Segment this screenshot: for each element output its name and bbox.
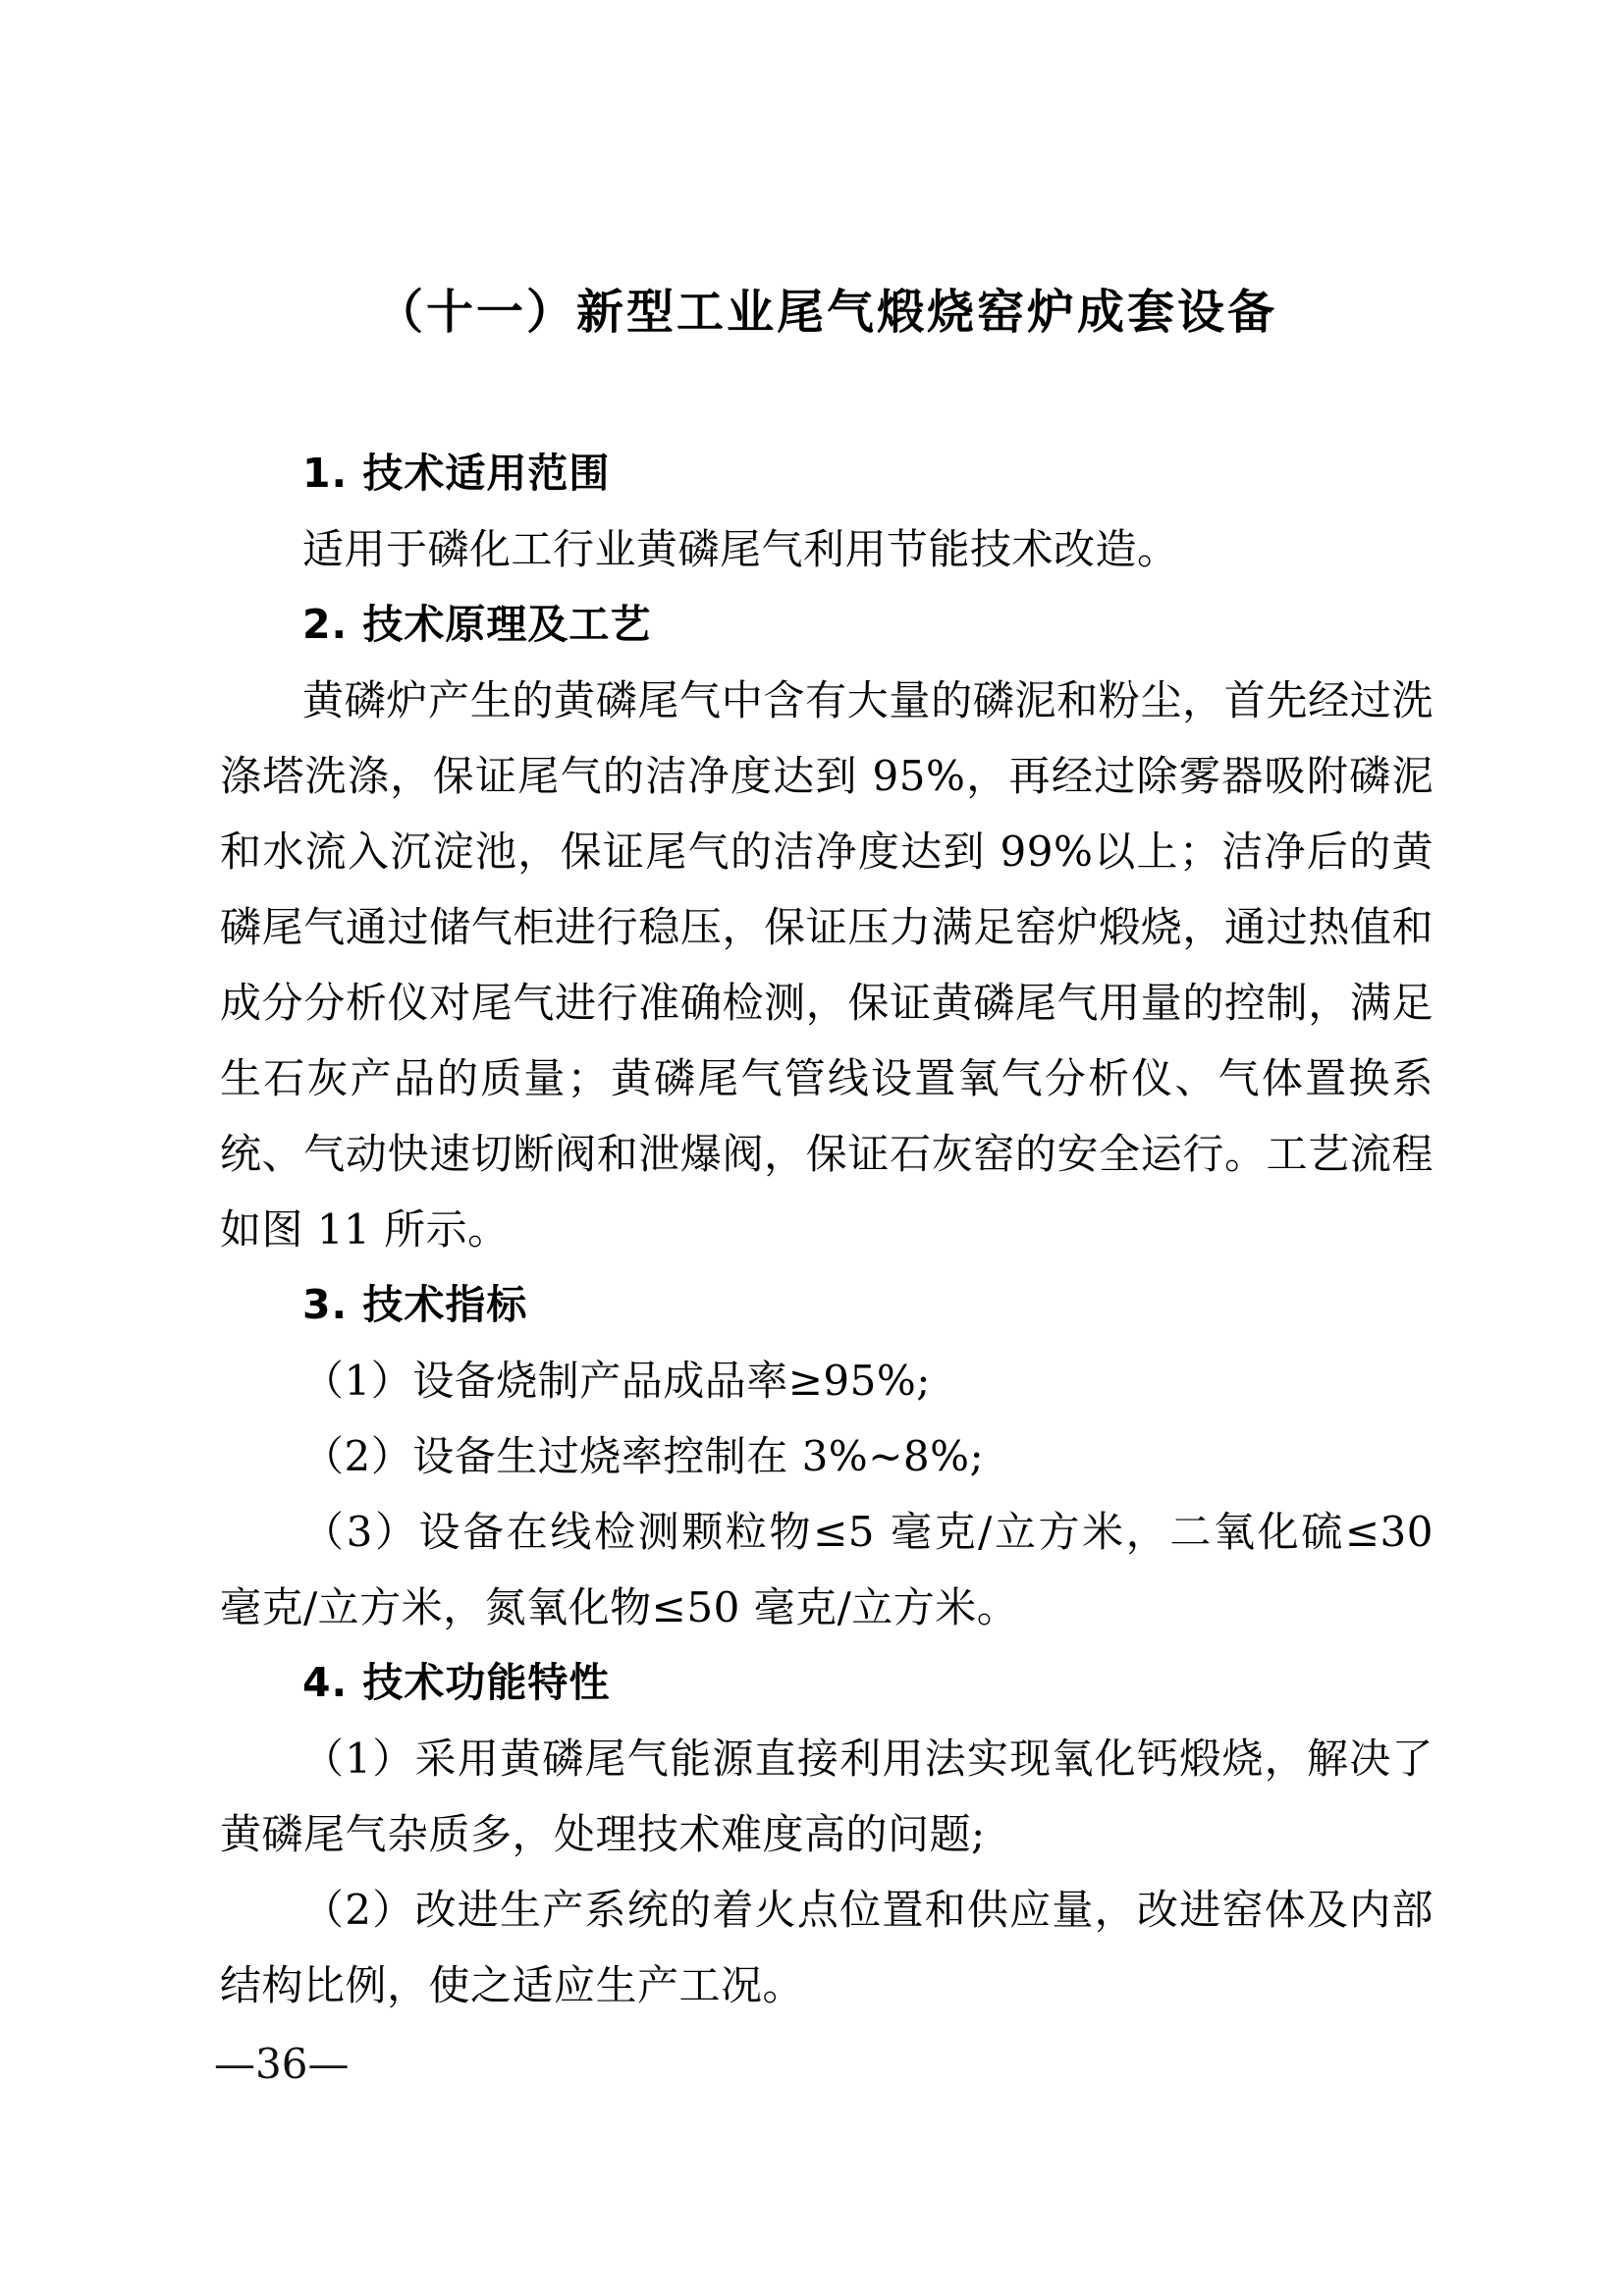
list-item: （2）设备生过烧率控制在 3%~8%;	[220, 1418, 1434, 1494]
section-heading-principle: 2. 技术原理及工艺	[220, 587, 1434, 663]
section-heading-scope: 1. 技术适用范围	[220, 436, 1434, 511]
list-item: （1）采用黄磷尾气能源直接利用法实现氧化钙煅烧，解决了黄磷尾气杂质多，处理技术难…	[220, 1721, 1434, 1872]
section-scope: 1. 技术适用范围 适用于磷化工行业黄磷尾气利用节能技术改造。	[220, 436, 1434, 587]
section-heading-features: 4. 技术功能特性	[220, 1645, 1434, 1721]
section-features: 4. 技术功能特性 （1）采用黄磷尾气能源直接利用法实现氧化钙煅烧，解决了黄磷尾…	[220, 1645, 1434, 2023]
paragraph: 黄磷炉产生的黄磷尾气中含有大量的磷泥和粉尘，首先经过洗涤塔洗涤，保证尾气的洁净度…	[220, 663, 1434, 1267]
list-item: （2）改进生产系统的着火点位置和供应量，改进窑体及内部结构比例，使之适应生产工况…	[220, 1872, 1434, 2023]
section-principle: 2. 技术原理及工艺 黄磷炉产生的黄磷尾气中含有大量的磷泥和粉尘，首先经过洗涤塔…	[220, 587, 1434, 1267]
section-indicators: 3. 技术指标 （1）设备烧制产品成品率≥95%; （2）设备生过烧率控制在 3…	[220, 1267, 1434, 1645]
page-title: （十一）新型工业尾气煅烧窑炉成套设备	[220, 283, 1434, 342]
page-number: —36—	[214, 2044, 349, 2085]
section-heading-indicators: 3. 技术指标	[220, 1267, 1434, 1343]
list-item: （3）设备在线检测颗粒物≤5 毫克/立方米，二氧化硫≤30 毫克/立方米，氮氧化…	[220, 1494, 1434, 1645]
list-item: （1）设备烧制产品成品率≥95%;	[220, 1343, 1434, 1418]
document-page: （十一）新型工业尾气煅烧窑炉成套设备 1. 技术适用范围 适用于磷化工行业黄磷尾…	[0, 0, 1623, 2296]
document-content: （十一）新型工业尾气煅烧窑炉成套设备 1. 技术适用范围 适用于磷化工行业黄磷尾…	[220, 0, 1434, 2023]
paragraph: 适用于磷化工行业黄磷尾气利用节能技术改造。	[220, 511, 1434, 587]
